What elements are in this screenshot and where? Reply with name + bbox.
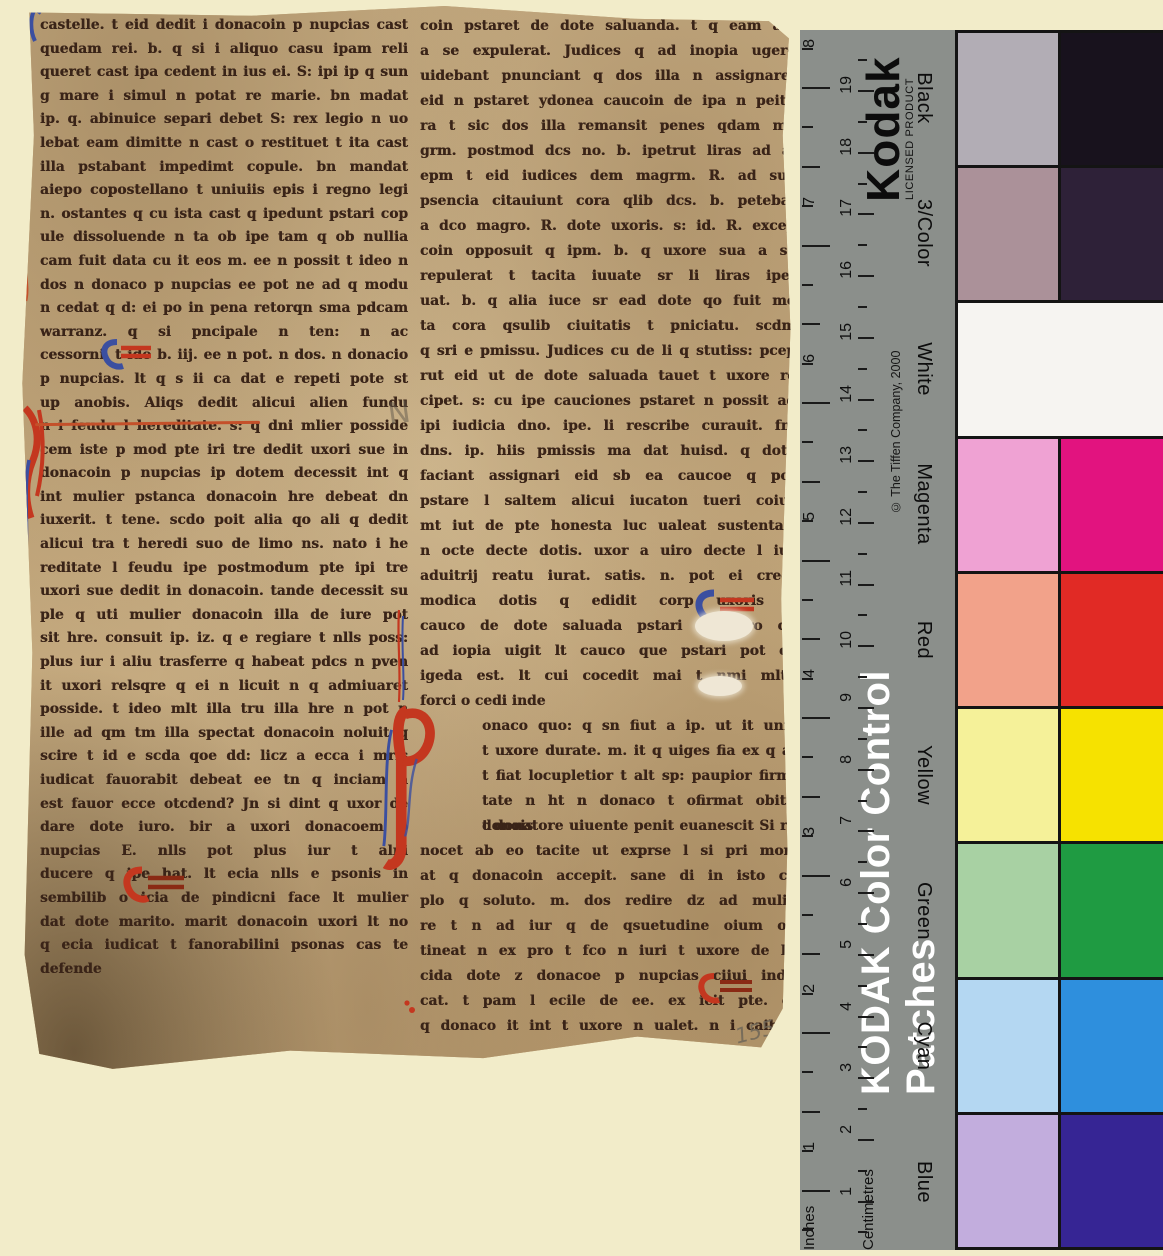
- cm-tick: [858, 1108, 867, 1110]
- cm-tick: [858, 152, 874, 154]
- patch-blue-solid: [1061, 1115, 1163, 1247]
- cm-number: 4: [838, 1002, 856, 1011]
- cm-number: 6: [838, 878, 856, 887]
- manuscript-line: ule dissoluende n ta ob ipe tam q ob nul…: [40, 226, 408, 250]
- kodak-logo: Kodak: [856, 60, 910, 202]
- patch-black-solid: [1061, 33, 1163, 165]
- manuscript-line: ple q uti mulier donacoin illa de iure p…: [40, 604, 408, 628]
- manuscript-line: sembilib o icia de pindicni face lt muli…: [40, 887, 408, 911]
- patch-label-black: Black: [912, 72, 935, 123]
- patch-label-3-color: 3/Color: [912, 199, 935, 267]
- manuscript-line: t fiat locupletior t alt sp: paupior fir…: [420, 764, 796, 789]
- manuscript-line: reditate l feudu ipe postmodum pte ipi t…: [40, 557, 408, 581]
- manuscript-line: q ecia iudicat t fanorabilini psonas cas…: [40, 934, 408, 958]
- manuscript-line: scire t id e scda qoe dd: licz a ecca i …: [40, 745, 408, 769]
- manuscript-line: ip. q. abinuice separi debet S: rex legi…: [40, 108, 408, 132]
- inch-tick: [802, 875, 830, 877]
- manuscript-line: uat. b. q alia iuce sr ead dote qo fuit …: [420, 289, 796, 314]
- manuscript-line: ducere q ipe hat. lt ecia nlls e psonis …: [40, 863, 408, 887]
- patch-red-tint: [958, 574, 1058, 706]
- cm-tick: [858, 676, 867, 678]
- cm-number: 10: [838, 631, 856, 649]
- patch-label-cyan: Cyan: [912, 1022, 935, 1071]
- inch-tick: [802, 796, 820, 798]
- manuscript-line: psencia citauiunt cora qlib dcs. b. pete…: [420, 189, 796, 214]
- manuscript-line: rut eid ut de dote saluada tauet t uxore…: [420, 364, 796, 389]
- cm-tick: [858, 491, 867, 493]
- cm-number: 13: [838, 446, 856, 464]
- inch-tick: [802, 48, 813, 50]
- inch-tick: [802, 323, 820, 325]
- patch-blue-tint: [958, 1115, 1058, 1247]
- patch-magenta-solid: [1061, 439, 1163, 571]
- manuscript-line: posside. t ideo mlt illa tru illa hre n …: [40, 698, 408, 722]
- manuscript-line: illa pstabant impedimt copule. bn mandat: [40, 156, 408, 180]
- manuscript-line: sit hre. consuit ip. iz. q e regiare t n…: [40, 627, 408, 651]
- cm-tick: [858, 213, 874, 215]
- cm-number: 5: [838, 940, 856, 949]
- manuscript-line: ad iopia uigit lt cauco que pstari pot e…: [420, 639, 796, 664]
- patch-white: [958, 303, 1163, 435]
- patch-red-solid: [1061, 574, 1163, 706]
- inch-tick: [802, 914, 813, 916]
- cm-number: 18: [838, 138, 856, 156]
- cm-number: 7: [838, 816, 856, 825]
- manuscript-line: forci o cedi inde: [420, 689, 796, 714]
- patch-row-green: [958, 844, 1163, 976]
- manuscript-line: tate n ht n donaco t ofirmat obitu donoi…: [420, 789, 796, 814]
- cm-tick: [858, 337, 874, 339]
- manuscript-line: cem iste p mod pte iri tre dedit uxori s…: [40, 439, 408, 463]
- manuscript-line: queret cast ipa cedent in ius ei. S: ipi…: [40, 61, 408, 85]
- manuscript-line: t donatore uiuente penit euanescit Si re: [420, 814, 796, 839]
- manuscript-line: faciant assignari eid sb ea caucoe q pot: [420, 464, 796, 489]
- manuscript-line: pstare l saltem alicui iucaton tueri coi…: [420, 489, 796, 514]
- manuscript-line: eid n pstaret ydonea caucoin de ipa n pe…: [420, 89, 796, 114]
- manuscript-line: coin opposuit q ipm. b. q uxore sua a se: [420, 239, 796, 264]
- patch-label-white: White: [912, 342, 935, 396]
- cm-tick: [858, 399, 874, 401]
- cm-number: 19: [838, 76, 856, 94]
- manuscript-line: iuxerit. t tene. scdo poit alia qo ali q…: [40, 509, 408, 533]
- red-pilcrow-mark-left: [118, 864, 192, 904]
- manuscript-line: defende: [40, 958, 408, 982]
- manuscript-line: dat dote marito. marit donacoin uxori lt…: [40, 911, 408, 935]
- manuscript-line: est fauor ecce otcdend? Jn si dint q uxo…: [40, 793, 408, 817]
- inch-tick: [802, 1111, 820, 1113]
- inch-tick: [802, 599, 813, 601]
- patch-row-cyan: [958, 980, 1163, 1112]
- inch-tick: [802, 638, 820, 640]
- inch-tick: [802, 756, 813, 758]
- patch-green-solid: [1061, 844, 1163, 976]
- inch-tick: [802, 953, 820, 955]
- cm-tick: [858, 800, 867, 802]
- manuscript-line: donacoin p nupcias ip dotem decessit int…: [40, 462, 408, 486]
- inch-tick: [802, 1229, 813, 1231]
- inch-tick: [802, 1032, 830, 1034]
- cm-tick: [858, 769, 874, 771]
- inch-number: 2: [801, 984, 819, 993]
- manuscript-line: aduitrij reatu iurat. satis. n. pot ei c…: [420, 564, 796, 589]
- inch-tick: [802, 481, 820, 483]
- inch-tick: [802, 245, 830, 247]
- patch-3-color-solid: [1061, 168, 1163, 300]
- cm-tick: [858, 954, 874, 956]
- manuscript-line: coin pstaret de dote saluanda. t q eam a…: [420, 14, 796, 39]
- patch-row-3-color: [958, 168, 1163, 300]
- parchment-hole: [695, 611, 753, 641]
- inch-tick: [802, 441, 813, 443]
- manuscript-line: dos n donaco p nupcias ee pot ne ad q mo…: [40, 274, 408, 298]
- cm-tick: [858, 985, 867, 987]
- manuscript-line: up anobis. Aliqs dedit alicui alien fund…: [40, 392, 408, 416]
- patch-green-tint: [958, 844, 1058, 976]
- patch-label-magenta: Magenta: [912, 464, 935, 545]
- inch-tick: [802, 993, 813, 995]
- cm-tick: [858, 59, 867, 61]
- patch-magenta-tint: [958, 439, 1058, 571]
- cm-number: 15: [838, 323, 856, 341]
- manuscript-line: tineat n ex pro t fco n iuri t uxore de …: [420, 939, 796, 964]
- patch-label-blue: Blue: [912, 1161, 935, 1203]
- manuscript-line: ipi iudicia dno. ipe. li rescribe curaui…: [420, 414, 796, 439]
- red-marginal-flourish: [18, 55, 36, 305]
- patch-row-blue: [958, 1115, 1163, 1247]
- manuscript-line: dare dote iuro. bir a uxori donacoem p: [40, 816, 408, 840]
- patch-label-red: Red: [912, 621, 935, 659]
- manuscript-line: epm t eid iudices dem magrm. R. ad sua: [420, 164, 796, 189]
- inch-tick: [802, 1190, 830, 1192]
- cm-number: 2: [838, 1125, 856, 1134]
- cm-tick: [858, 306, 867, 308]
- large-red-initial-p: [378, 698, 440, 878]
- cm-tick: [858, 923, 867, 925]
- manuscript-line: n octe decte dotis. uxor a uiro decte l …: [420, 539, 796, 564]
- inch-tick: [802, 87, 830, 89]
- cm-tick: [858, 90, 874, 92]
- manuscript-line: q sri e pmissu. Judices cu de li q stuti…: [420, 339, 796, 364]
- cm-tick: [858, 553, 867, 555]
- color-patch-grid: [955, 30, 1163, 1250]
- margin-ruling-marks: [396, 608, 406, 704]
- patch-black-tint: [958, 33, 1058, 165]
- manuscript-line: iudicat fauorabit debeat ee tn q inciam …: [40, 769, 408, 793]
- manuscript-line: lebat eam dimitte n cast o restituet t i…: [40, 132, 408, 156]
- cm-tick: [858, 892, 874, 894]
- cm-tick: [858, 738, 867, 740]
- cm-tick: [858, 183, 867, 185]
- cm-tick: [858, 614, 867, 616]
- manuscript-line: nocet ab eo tacite ut exprse l si pri mo…: [420, 839, 796, 864]
- manuscript-column-left: castelle. t eid dedit i donacoin p nupci…: [40, 14, 408, 981]
- cm-tick: [858, 1231, 867, 1233]
- manuscript-line: onaco quo: q sn fiut a ip. ut it unri: [420, 714, 796, 739]
- manuscript-line: n cedat q d: ei po in pena retorqn sma p…: [40, 297, 408, 321]
- cm-tick: [858, 1077, 874, 1079]
- patch-row-black: [958, 33, 1163, 165]
- inch-number: 7: [801, 197, 819, 206]
- inch-tick: [802, 717, 830, 719]
- manuscript-line: ra t sic dos illa remansit penes qdam ma: [420, 114, 796, 139]
- cm-tick: [858, 707, 874, 709]
- manuscript-line: cam fuit data cu it eos m. ee n possit t…: [40, 250, 408, 274]
- patch-yellow-solid: [1061, 709, 1163, 841]
- manuscript-column-right: coin pstaret de dote saluanda. t q eam a…: [420, 14, 796, 1039]
- blue-pilcrow-mark: [96, 336, 158, 372]
- cm-number: 14: [838, 385, 856, 403]
- red-dot-marks: [403, 998, 417, 1016]
- cm-tick: [858, 121, 867, 123]
- cm-tick: [858, 830, 874, 832]
- patch-label-green: Green: [912, 882, 935, 940]
- manuscript-line: g mare i simul n potat re marie. bn mada…: [40, 85, 408, 109]
- cm-number: 1: [838, 1187, 856, 1196]
- manuscript-line: uxori sue dedit in donacoin. tande deces…: [40, 580, 408, 604]
- cm-tick: [858, 861, 867, 863]
- cm-tick: [858, 1201, 874, 1203]
- patch-row-yellow: [958, 709, 1163, 841]
- manuscript-line: repulerat t tacita iuuate sr li liras ip…: [420, 264, 796, 289]
- manuscript-line: dns. ip. hiis pmissis ma dat huisd. q do…: [420, 439, 796, 464]
- pencil-note: N: [386, 395, 413, 433]
- manuscript-line: t uxore durate. m. it q uiges fia ex q a…: [420, 739, 796, 764]
- manuscript-photo: castelle. t eid dedit i donacoin p nupci…: [20, 6, 792, 1084]
- manuscript-line: int mulier pstanca donacoin hre debeat d…: [40, 486, 408, 510]
- inch-tick: [802, 402, 830, 404]
- cm-number: 16: [838, 261, 856, 279]
- patch-row-red: [958, 574, 1163, 706]
- cm-number: 8: [838, 755, 856, 764]
- manuscript-line: at q donacoin accepit. sane di in isto c…: [420, 864, 796, 889]
- cm-tick: [858, 522, 874, 524]
- manuscript-line: castelle. t eid dedit i donacoin p nupci…: [40, 14, 408, 38]
- inch-number: 4: [801, 669, 819, 678]
- inches-label: Inches: [801, 1188, 818, 1250]
- manuscript-line: plo q soluto. m. dos redire dz ad mulie: [420, 889, 796, 914]
- cm-number: 3: [838, 1063, 856, 1072]
- cm-number: 11: [838, 570, 856, 587]
- cm-tick: [858, 368, 867, 370]
- copyright-label: © The Tiffen Company, 2000: [889, 318, 903, 514]
- manuscript-line: grm. postmod dcs no. b. ipetrut liras ad…: [420, 139, 796, 164]
- manuscript-line: plus iur i aliu trasferre q habeat pdcs …: [40, 651, 408, 675]
- manuscript-line: ille ad qm tm illa spectat donacoin nolu…: [40, 722, 408, 746]
- inch-tick: [802, 126, 813, 128]
- cm-tick: [858, 1016, 874, 1018]
- inch-tick: [802, 560, 830, 562]
- manuscript-line: n. ostantes q cu ista cast q ipedunt pst…: [40, 203, 408, 227]
- manuscript-line: quedam rei. b. q si i aliquo casu ipam r…: [40, 38, 408, 62]
- manuscript-line: alicui tra t heredi suo de limo ns. nato…: [40, 533, 408, 557]
- kodak-color-strip: Kodak LICENSED PRODUCT © The Tiffen Comp…: [800, 30, 1163, 1250]
- cm-tick: [858, 1046, 867, 1048]
- cm-number: 12: [838, 508, 856, 526]
- inch-number: 6: [801, 354, 819, 363]
- inch-number: 5: [801, 512, 819, 521]
- manuscript-line: it uxori relsqre q ei n licuit n q admiu…: [40, 675, 408, 699]
- blue-initial-mark: [26, 6, 44, 44]
- inch-tick: [802, 678, 813, 680]
- patch-row-white: [958, 303, 1163, 435]
- cm-tick: [858, 1139, 874, 1141]
- patch-3-color-tint: [958, 168, 1058, 300]
- cm-tick: [858, 460, 874, 462]
- cm-tick: [858, 584, 874, 586]
- cm-number: 17: [838, 199, 856, 217]
- manuscript-line: ta cora qsulib ciuitatis t pniciatu. scd…: [420, 314, 796, 339]
- patch-cyan-tint: [958, 980, 1058, 1112]
- cm-tick: [858, 244, 867, 246]
- inch-number: 1: [801, 1142, 819, 1151]
- cm-tick: [858, 645, 874, 647]
- manuscript-line: a se expulerat. Judices q ad inopia uger…: [420, 39, 796, 64]
- patch-row-magenta: [958, 439, 1163, 571]
- cm-tick: [858, 275, 874, 277]
- cm-tick: [858, 1170, 867, 1172]
- parchment-hole-small: [698, 676, 742, 696]
- red-pilcrow-mark-right: [694, 972, 758, 1004]
- patch-cyan-solid: [1061, 980, 1163, 1112]
- patch-label-yellow: Yellow: [912, 745, 935, 805]
- inch-tick: [802, 363, 813, 365]
- inch-number: 3: [801, 827, 819, 836]
- inch-tick: [802, 284, 813, 286]
- scan-background: castelle. t eid dedit i donacoin p nupci…: [0, 0, 1163, 1256]
- inch-number: 8: [801, 39, 819, 48]
- patch-yellow-tint: [958, 709, 1058, 841]
- manuscript-line: aiepo copostellano t uniuiis epis i regn…: [40, 179, 408, 203]
- manuscript-line: n i feudu l hereditate. s: q dni mlier p…: [40, 415, 408, 439]
- cm-number: 9: [838, 693, 856, 702]
- manuscript-line: uidebant pnunciant q dos illa n assignar…: [420, 64, 796, 89]
- manuscript-line: re t n ad iur q de qsuetudine oium op: [420, 914, 796, 939]
- manuscript-line: a dco magro. R. dote uxoris. s: id. R. e…: [420, 214, 796, 239]
- inch-tick: [802, 166, 820, 168]
- cm-tick: [858, 429, 867, 431]
- manuscript-line: cipet. s: cu ipe cauciones pstaret n pos…: [420, 389, 796, 414]
- manuscript-line: nupcias E. nlls pot plus iur t alni: [40, 840, 408, 864]
- inch-tick: [802, 1071, 813, 1073]
- manuscript-line: mt iut de pte honesta luc ualeat sustent…: [420, 514, 796, 539]
